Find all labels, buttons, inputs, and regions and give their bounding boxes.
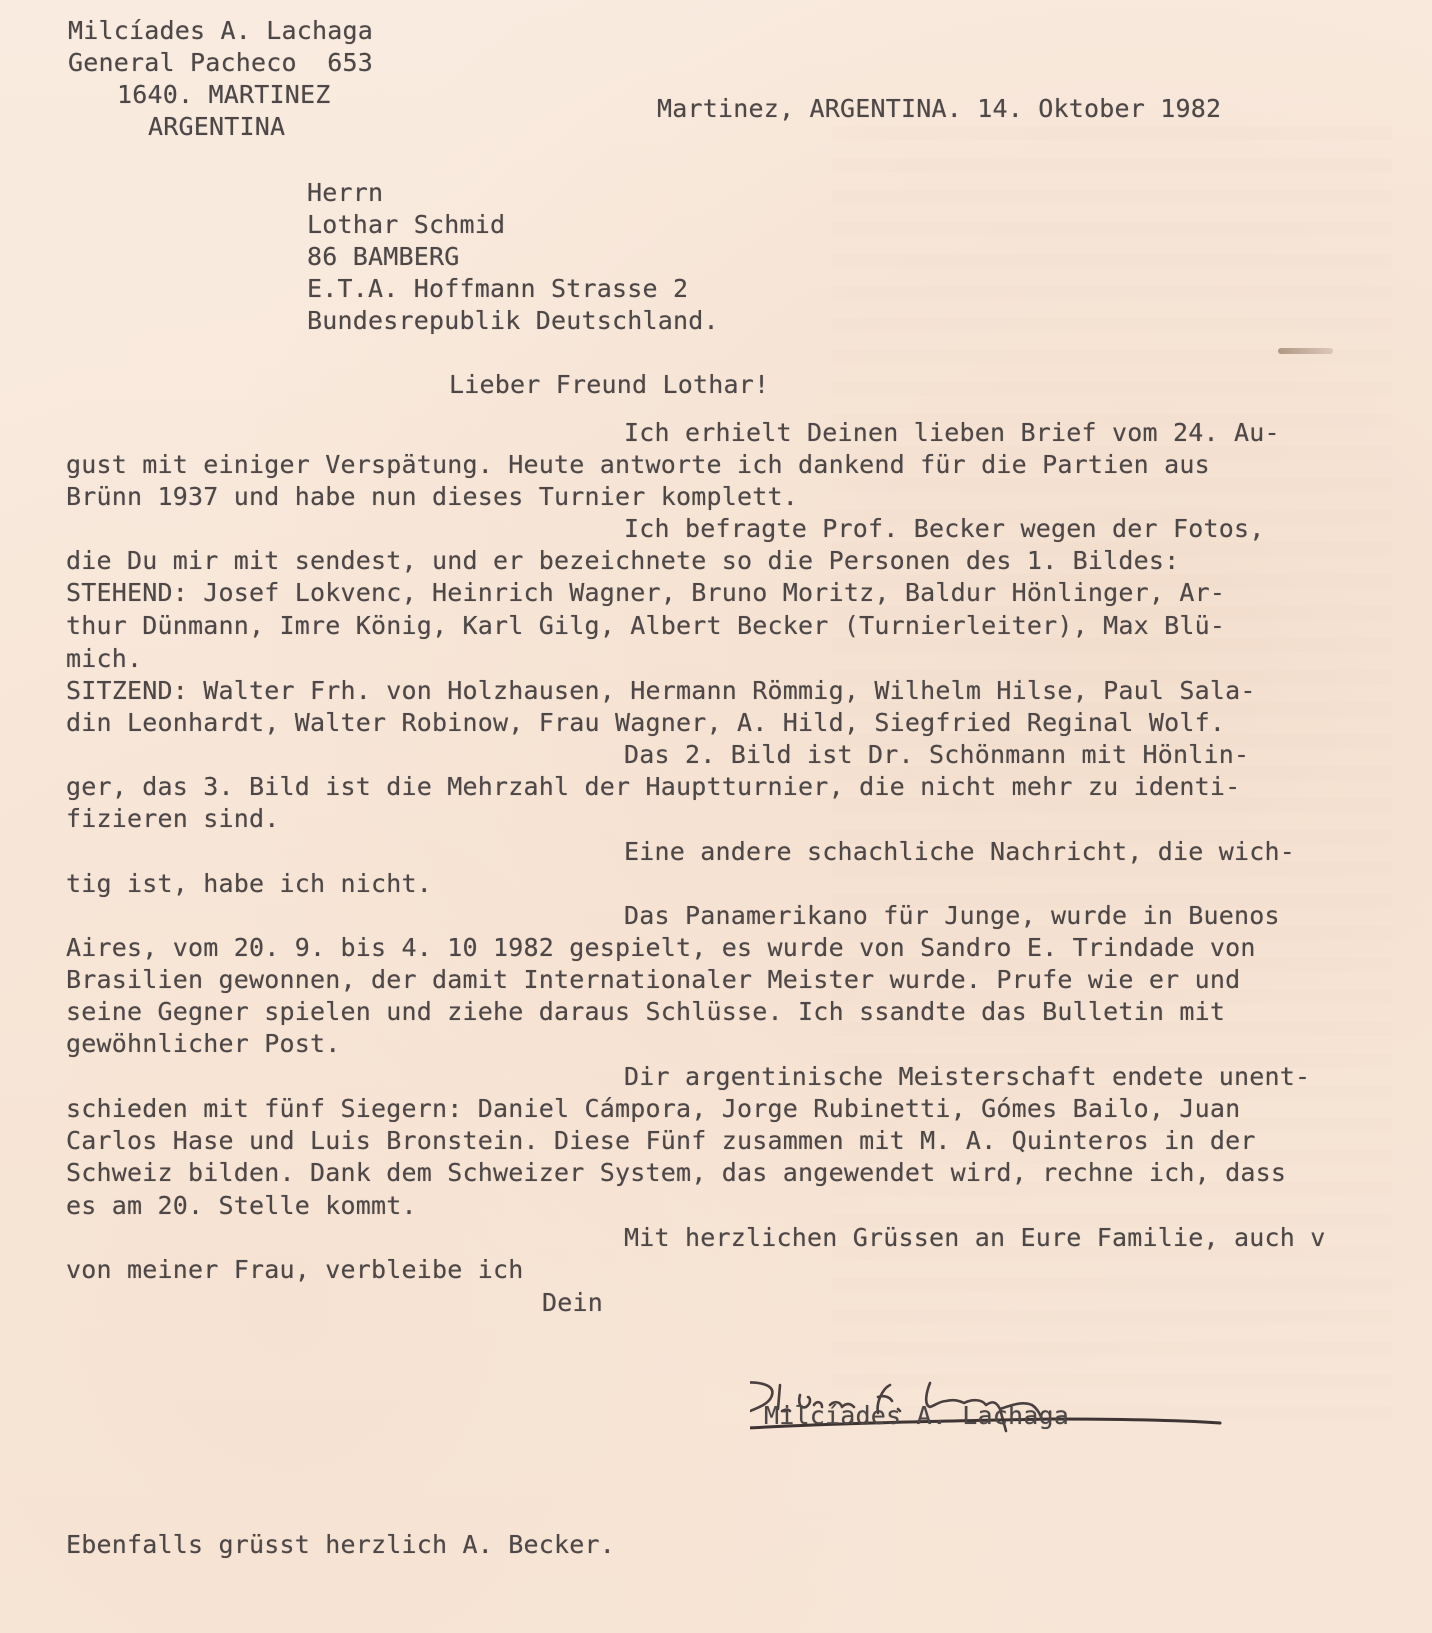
ink-smudge [1278,348,1333,354]
recipient-country: Bundesrepublik Deutschland. [307,308,719,333]
body-line: fizieren sind. [66,806,280,831]
sender-country: ARGENTINA [148,114,285,139]
body-line: STEHEND: Josef Lokvenc, Heinrich Wagner,… [66,580,1225,605]
body-line: gewöhnlicher Post. [66,1031,341,1056]
body-line: Dir argentinische Meisterschaft endete u… [624,1064,1310,1089]
body-line: Schweiz bilden. Dank dem Schweizer Syste… [66,1160,1286,1185]
body-line: Mit herzlichen Grüssen an Eure Familie, … [624,1225,1326,1250]
body-line: Ich befragte Prof. Becker wegen der Foto… [624,516,1265,541]
date-line: Martinez, ARGENTINA. 14. Oktober 1982 [657,96,1221,121]
closing: Dein [542,1290,603,1315]
body-line: Das 2. Bild ist Dr. Schönmann mit Hönlin… [624,742,1249,767]
body-line: gust mit einiger Verspätung. Heute antwo… [66,452,1210,477]
signature-printed-name: Milcíades A. Lachaga [764,1403,1069,1428]
body-line: Carlos Hase und Luis Bronstein. Diese Fü… [66,1128,1256,1153]
sender-city: 1640. MARTINEZ [117,82,331,107]
body-line: von meiner Frau, verbleibe ich [66,1257,524,1282]
body-line: mich. [66,646,142,671]
postscript: Ebenfalls grüsst herzlich A. Becker. [66,1532,615,1557]
recipient-name: Lothar Schmid [307,212,505,237]
letter-page: Milcíades A. Lachaga General Pacheco 653… [0,0,1432,1633]
sender-name: Milcíades A. Lachaga [68,18,373,43]
body-line: ger, das 3. Bild ist die Mehrzahl der Ha… [66,774,1240,799]
body-line: Brünn 1937 und habe nun dieses Turnier k… [66,484,798,509]
body-line: thur Dünmann, Imre König, Karl Gilg, Alb… [66,613,1225,638]
sender-street: General Pacheco 653 [68,50,373,75]
body-line: Brasilien gewonnen, der damit Internatio… [66,967,1240,992]
body-line: din Leonhardt, Walter Robinow, Frau Wagn… [66,710,1225,735]
recipient-street: E.T.A. Hoffmann Strasse 2 [307,276,688,301]
body-line: SITZEND: Walter Frh. von Holzhausen, Her… [66,678,1256,703]
body-line: tig ist, habe ich nicht. [66,871,432,896]
body-line: seine Gegner spielen und ziehe daraus Sc… [66,999,1225,1024]
body-line: Das Panamerikano für Junge, wurde in Bue… [624,903,1280,928]
greeting: Lieber Freund Lothar! [449,372,769,397]
body-line: die Du mir mit sendest, und er bezeichne… [66,548,1179,573]
body-line: es am 20. Stelle kommt. [66,1193,417,1218]
body-line: Eine andere schachliche Nachricht, die w… [624,839,1295,864]
body-line: Aires, vom 20. 9. bis 4. 10 1982 gespiel… [66,935,1256,960]
recipient-salutation: Herrn [307,180,383,205]
recipient-city: 86 BAMBERG [307,244,460,269]
body-line: Ich erhielt Deinen lieben Brief vom 24. … [624,420,1280,445]
body-line: schieden mit fünf Siegern: Daniel Cámpor… [66,1096,1240,1121]
